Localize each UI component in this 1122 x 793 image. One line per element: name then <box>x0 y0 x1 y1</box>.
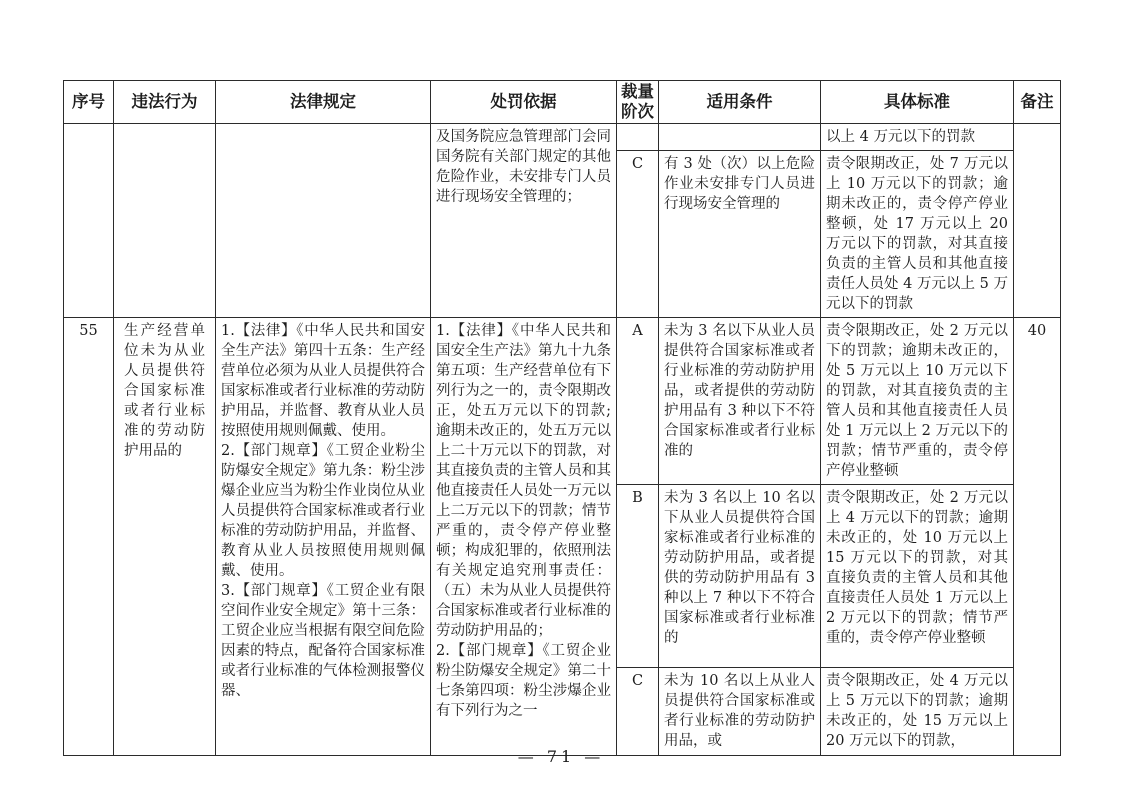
cell-prev-remark <box>1014 124 1061 318</box>
cell-55-law: 1.【法律】《中华人民共和国安全生产法》第四十五条：生产经营单位必须为从业人员提… <box>216 318 431 756</box>
header-row: 序号 违法行为 法律规定 处罚依据 裁量阶次 适用条件 具体标准 备注 <box>64 81 1061 124</box>
cell-55-a-level: A <box>617 318 659 485</box>
header-law: 法律规定 <box>216 81 431 124</box>
cell-55-b-condition: 未为 3 名以上 10 名以下从业人员提供符合国家标准或者行业标准的劳动防护用品… <box>659 485 821 668</box>
header-index: 序号 <box>64 81 114 124</box>
cell-55-c-condition: 未为 10 名以上从业人员提供符合国家标准或者行业标准的劳动防护用品，或 <box>659 668 821 756</box>
page-number: — 71 — <box>0 747 1122 766</box>
cell-55-b-standard: 责令限期改正，处 2 万元以上 4 万元以下的罚款；逾期未改正的，处 10 万元… <box>821 485 1014 668</box>
cell-prev-violation <box>114 124 216 318</box>
cell-55-c-standard: 责令限期改正，处 4 万元以上 5 万元以下的罚款；逾期未改正的，处 15 万元… <box>821 668 1014 756</box>
cell-prev-top-standard: 以上 4 万元以下的罚款 <box>821 124 1014 151</box>
cell-55-remark: 40 <box>1014 318 1061 756</box>
cell-prev-basis: 及国务院应急管理部门会同国务院有关部门规定的其他危险作业，未安排专门人员进行现场… <box>431 124 617 318</box>
header-basis: 处罚依据 <box>431 81 617 124</box>
cell-prev-index <box>64 124 114 318</box>
header-level: 裁量阶次 <box>617 81 659 124</box>
document-page: 序号 违法行为 法律规定 处罚依据 裁量阶次 适用条件 具体标准 备注 及国务院… <box>0 0 1122 793</box>
cell-55-basis: 1.【法律】《中华人民共和国安全生产法》第九十九条第五项：生产经营单位有下列行为… <box>431 318 617 756</box>
cell-55-a-condition: 未为 3 名以下从业人员提供符合国家标准或者行业标准的劳动防护用品，或者提供的劳… <box>659 318 821 485</box>
cell-55-index: 55 <box>64 318 114 756</box>
header-remark: 备注 <box>1014 81 1061 124</box>
cell-55-a-standard: 责令限期改正，处 2 万元以下的罚款；逾期未改正的，处 5 万元以上 10 万元… <box>821 318 1014 485</box>
header-violation: 违法行为 <box>114 81 216 124</box>
cell-prev-c-standard: 责令限期改正，处 7 万元以上 10 万元以下的罚款；逾期未改正的，责令停产停业… <box>821 151 1014 318</box>
cell-prev-top-level <box>617 124 659 151</box>
cell-prev-top-condition <box>659 124 821 151</box>
table-row-55-a: 55 生产经营单位未为从业人员提供符合国家标准或者行业标准的劳动防护用品的 1.… <box>64 318 1061 485</box>
table-row-prev-top: 及国务院应急管理部门会同国务院有关部门规定的其他危险作业，未安排专门人员进行现场… <box>64 124 1061 151</box>
cell-55-violation: 生产经营单位未为从业人员提供符合国家标准或者行业标准的劳动防护用品的 <box>114 318 216 756</box>
cell-55-c-condition-text: 未为 10 名以上从业人员提供符合国家标准或者行业标准的劳动防护用品，或 <box>664 671 815 751</box>
cell-55-c-standard-text: 责令限期改正，处 4 万元以上 5 万元以下的罚款；逾期未改正的，处 15 万元… <box>826 671 1008 751</box>
header-standard: 具体标准 <box>821 81 1014 124</box>
cell-55-b-level: B <box>617 485 659 668</box>
cell-prev-c-condition: 有 3 处（次）以上危险作业未安排专门人员进行现场安全管理的 <box>659 151 821 318</box>
cell-prev-law <box>216 124 431 318</box>
header-condition: 适用条件 <box>659 81 821 124</box>
penalty-discretion-table: 序号 违法行为 法律规定 处罚依据 裁量阶次 适用条件 具体标准 备注 及国务院… <box>63 80 1061 756</box>
cell-55-c-level: C <box>617 668 659 756</box>
cell-prev-c-level: C <box>617 151 659 318</box>
